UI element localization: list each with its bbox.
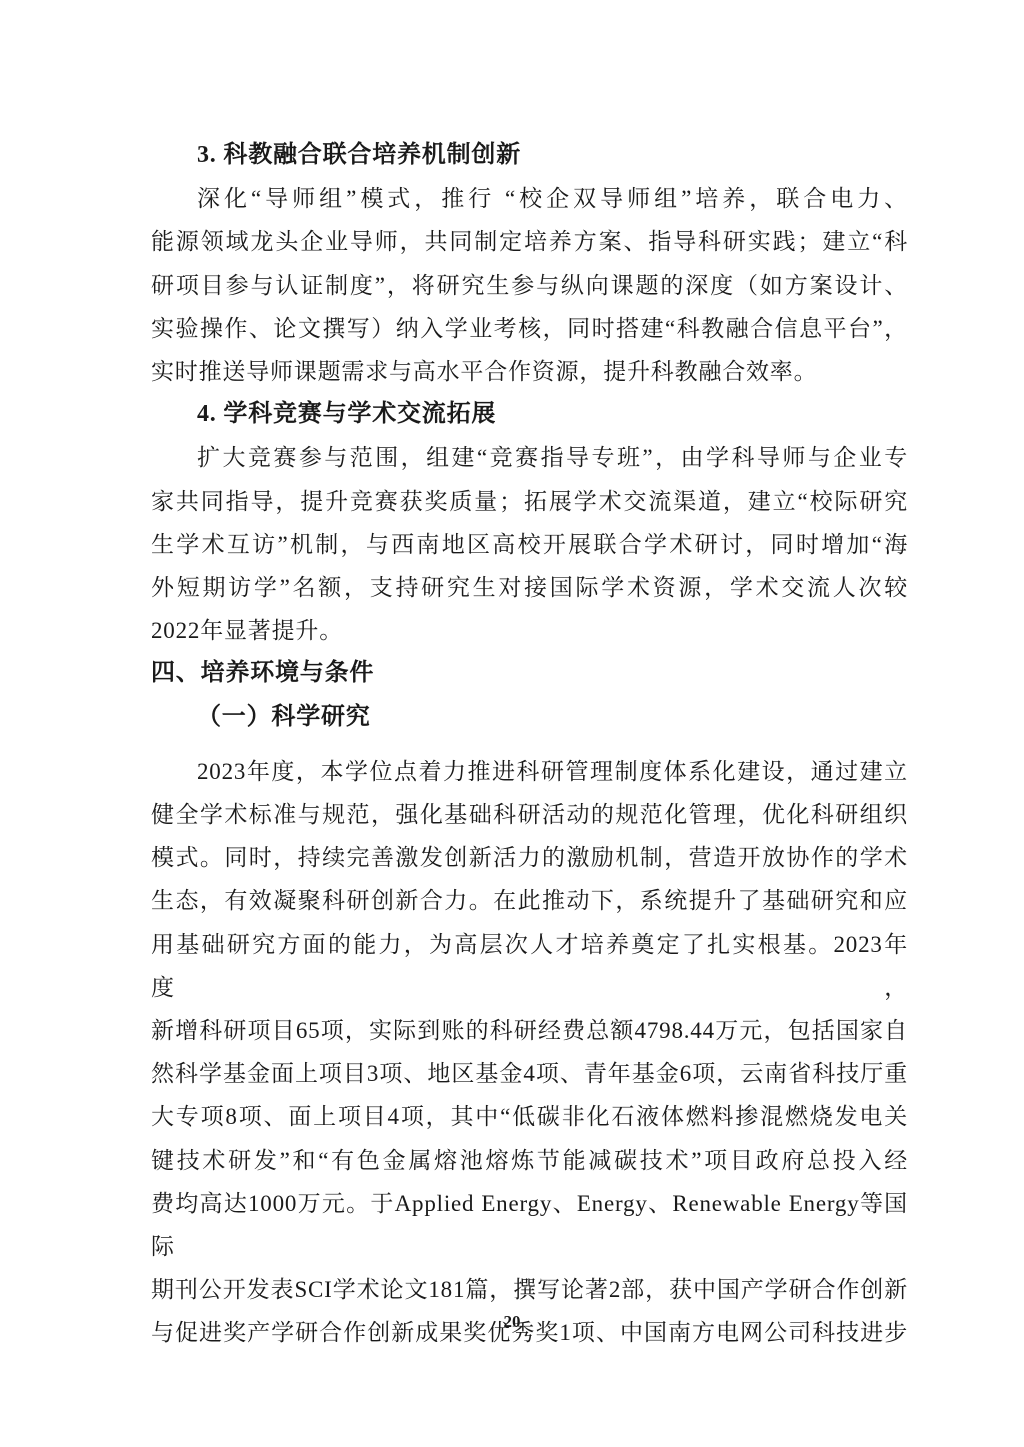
page-number: 20	[0, 1310, 1024, 1334]
page-content: 3. 科教融合联合培养机制创新 深化“导师组”模式，推行 “校企双导师组”培养，…	[151, 134, 908, 1355]
text-line: 然科学基金面上项目3项、地区基金4项、青年基金6项，云南省科技厅重	[151, 1052, 908, 1095]
text-line: 键技术研发”和“有色金属熔池熔炼节能减碳技术”项目政府总投入经	[151, 1139, 908, 1182]
text-line: 扩大竞赛参与范围，组建“竞赛指导专班”，由学科导师与企业专	[151, 436, 908, 479]
numbered-heading-4: 4. 学科竞赛与学术交流拓展	[151, 393, 908, 436]
text-line: 健全学术标准与规范，强化基础科研活动的规范化管理，优化科研组织	[151, 793, 908, 836]
text-line: 实时推送导师课题需求与高水平合作资源，提升科教融合效率。	[151, 350, 908, 393]
text-line: 模式。同时，持续完善激发创新活力的激励机制，营造开放协作的学术	[151, 836, 908, 879]
text-line: 费均高达1000万元。于Applied Energy、Energy、Renewa…	[151, 1182, 908, 1268]
paragraph-competition-exchange: 扩大竞赛参与范围，组建“竞赛指导专班”，由学科导师与企业专家共同指导，提升竞赛获…	[151, 436, 908, 652]
text-line: 用基础研究方面的能力，为高层次人才培养奠定了扎实根基。2023年度，	[151, 923, 908, 1009]
text-line: 生态，有效凝聚科研创新合力。在此推动下，系统提升了基础研究和应	[151, 879, 908, 922]
text-line: 家共同指导，提升竞赛获奖质量；拓展学术交流渠道，建立“校际研究	[151, 480, 908, 523]
text-line: 外短期访学”名额，支持研究生对接国际学术资源，学术交流人次较	[151, 566, 908, 609]
text-line: 大专项8项、面上项目4项，其中“低碳非化石液体燃料掺混燃烧发电关	[151, 1095, 908, 1138]
text-line: 能源领域龙头企业导师，共同制定培养方案、指导科研实践；建立“科	[151, 220, 908, 263]
document-page: 3. 科教融合联合培养机制创新 深化“导师组”模式，推行 “校企双导师组”培养，…	[0, 0, 1024, 1447]
section-title-environment: 四、培养环境与条件	[151, 652, 908, 695]
paragraph-scientific-research: 2023年度，本学位点着力推进科研管理制度体系化建设，通过建立健全学术标准与规范…	[151, 750, 908, 1355]
text-line: 生学术互访”机制，与西南地区高校开展联合学术研讨，同时增加“海	[151, 523, 908, 566]
text-line: 期刊公开发表SCI学术论文181篇，撰写论著2部，获中国产学研合作创新	[151, 1268, 908, 1311]
text-line: 实验操作、论文撰写）纳入学业考核，同时搭建“科教融合信息平台”，	[151, 307, 908, 350]
paragraph-mentor-mechanism: 深化“导师组”模式，推行 “校企双导师组”培养，联合电力、能源领域龙头企业导师，…	[151, 177, 908, 393]
text-line: 研项目参与认证制度”，将研究生参与纵向课题的深度（如方案设计、	[151, 264, 908, 307]
text-line: 2022年显著提升。	[151, 609, 908, 652]
text-line: 2023年度，本学位点着力推进科研管理制度体系化建设，通过建立	[151, 750, 908, 793]
text-line: 新增科研项目65项，实际到账的科研经费总额4798.44万元，包括国家自	[151, 1009, 908, 1052]
text-line: 深化“导师组”模式，推行 “校企双导师组”培养，联合电力、	[151, 177, 908, 220]
subsection-title-research: （一）科学研究	[151, 696, 908, 739]
numbered-heading-3: 3. 科教融合联合培养机制创新	[151, 134, 908, 177]
